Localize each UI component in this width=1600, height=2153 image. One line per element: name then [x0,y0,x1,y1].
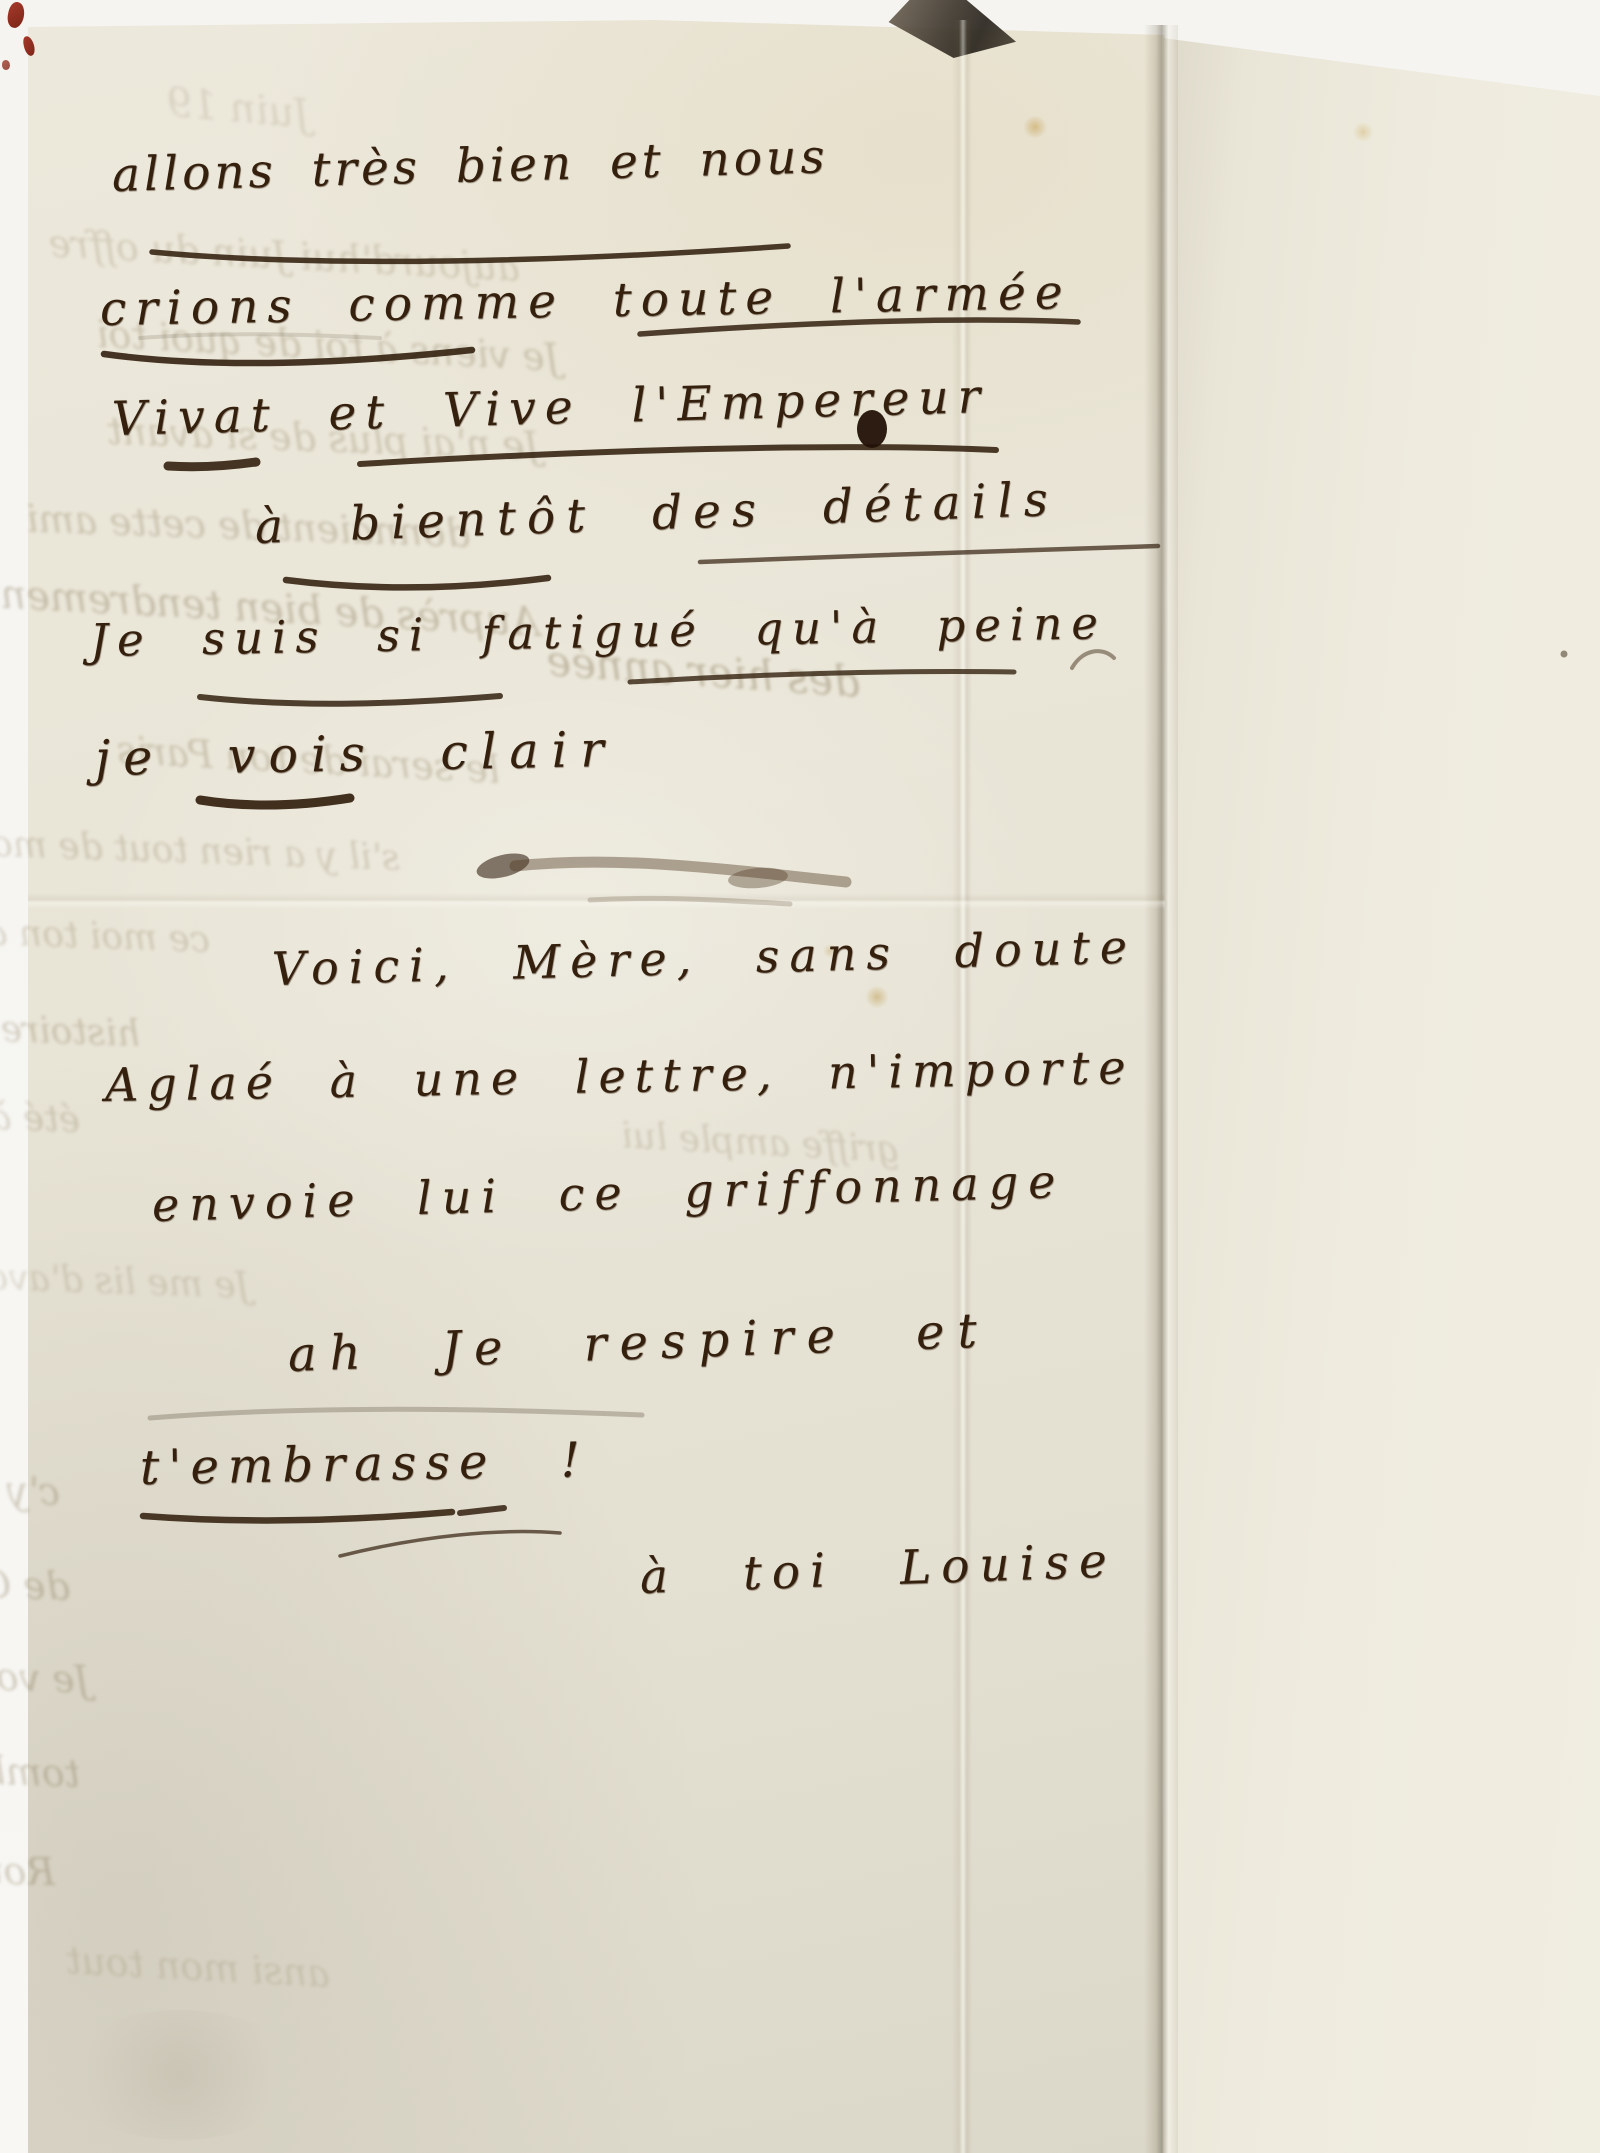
photo-of-letter: Juin 19aujourd'hui Juin du offreJe viens… [0,0,1600,2153]
letter-line-6: je vois clair [95,721,618,787]
right-page-marks [1072,651,1568,669]
letter-line-11: t'embrasse ! [140,1432,590,1496]
ink-smudge [474,849,846,904]
